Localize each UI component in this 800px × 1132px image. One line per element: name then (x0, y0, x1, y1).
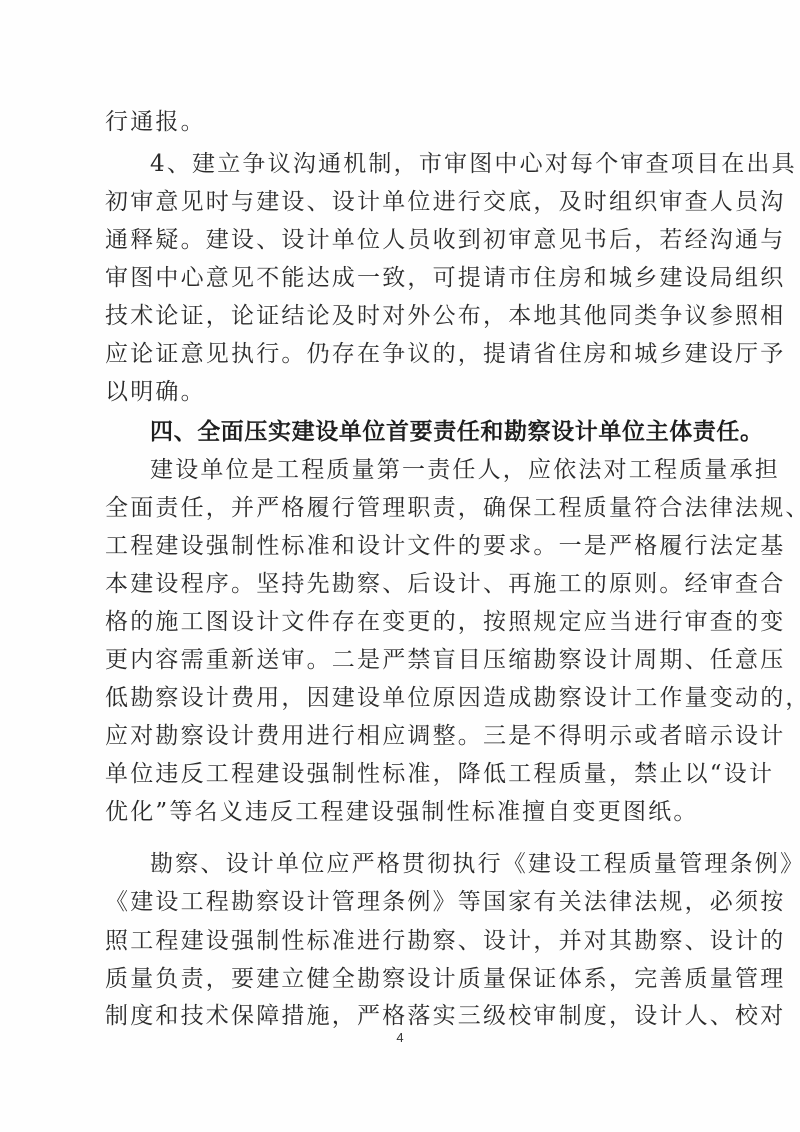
text-line: 以明确。 (105, 373, 705, 411)
section-heading: 四、全面压实建设单位首要责任和勘察设计单位主体责任。 (150, 413, 710, 451)
text-line: 单位违反工程建设强制性标准，降低工程质量，禁止以“设计 (105, 755, 705, 793)
text-line: 质量负责，要建立健全勘察设计质量保证体系，完善质量管理 (105, 960, 705, 998)
text-line: 技术论证，论证结论及时对外公布，本地其他同类争议参照相 (105, 297, 705, 335)
text-line: 应论证意见执行。仍存在争议的，提请省住房和城乡建设厅予 (105, 335, 705, 373)
document-page: 行通报。 4、建立争议沟通机制，市审图中心对每个审查项目在出具 初审意见时与建设… (0, 0, 800, 1132)
text-line: 4、建立争议沟通机制，市审图中心对每个审查项目在出具 (150, 145, 710, 183)
page-number: 4 (0, 1030, 800, 1045)
text-line: 全面责任，并严格履行管理职责，确保工程质量符合法律法规、 (105, 489, 705, 527)
text-line: 勘察、设计单位应严格贯彻执行《建设工程质量管理条例》 (150, 845, 710, 883)
text-line: 建设单位是工程质量第一责任人，应依法对工程质量承担 (150, 451, 710, 489)
text-line: 照工程建设强制性标准进行勘察、设计，并对其勘察、设计的 (105, 922, 705, 960)
text-line: 本建设程序。坚持先勘察、后设计、再施工的原则。经审查合 (105, 565, 705, 603)
text-line: 审图中心意见不能达成一致，可提请市住房和城乡建设局组织 (105, 259, 705, 297)
text-line: 初审意见时与建设、设计单位进行交底，及时组织审查人员沟 (105, 183, 705, 221)
text-line: 应对勘察设计费用进行相应调整。三是不得明示或者暗示设计 (105, 717, 705, 755)
text-line: 行通报。 (105, 103, 705, 141)
text-line: 低勘察设计费用，因建设单位原因造成勘察设计工作量变动的， (105, 679, 705, 717)
text-line: 工程建设强制性标准和设计文件的要求。一是严格履行法定基 (105, 527, 705, 565)
text-line: 格的施工图设计文件存在变更的，按照规定应当进行审查的变 (105, 603, 705, 641)
text-line: 通释疑。建设、设计单位人员收到初审意见书后，若经沟通与 (105, 221, 705, 259)
text-line: 《建设工程勘察设计管理条例》等国家有关法律法规，必须按 (105, 883, 705, 921)
text-line: 更内容需重新送审。二是严禁盲目压缩勘察设计周期、任意压 (105, 641, 705, 679)
text-line: 优化”等名义违反工程建设强制性标准擅自变更图纸。 (105, 793, 705, 831)
